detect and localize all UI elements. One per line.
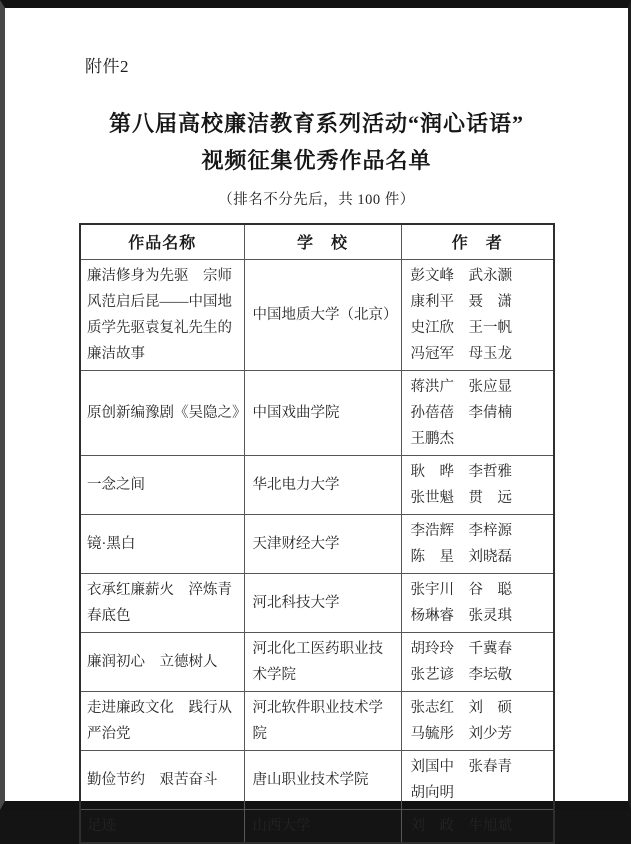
authors-cell-line: 张世魁 贯 远 <box>411 485 552 511</box>
work-name-cell-line: 勤俭节约 艰苦奋斗 <box>87 767 242 793</box>
authors-cell: 蒋洪广 张应显孙蓓蓓 李倩楠王鹏杰 <box>401 370 554 455</box>
work-name-cell-line: 一念之间 <box>87 472 242 498</box>
school-cell: 天津财经大学 <box>244 514 401 573</box>
school-cell: 河北科技大学 <box>244 573 401 632</box>
authors-cell: 张志红 刘 硕马毓彤 刘少芳 <box>401 691 554 750</box>
work-name-cell-line: 春底色 <box>87 603 242 629</box>
school-cell: 华北电力大学 <box>244 455 401 514</box>
work-name-cell-line: 廉洁修身为先驱 宗师 <box>87 263 242 289</box>
school-cell-line: 院 <box>253 721 399 747</box>
authors-cell-line: 马毓彤 刘少芳 <box>411 721 552 747</box>
work-name-cell-line: 走进廉政文化 践行从 <box>87 695 242 721</box>
authors-cell-line: 张志红 刘 硕 <box>411 695 552 721</box>
authors-cell: 耿 晔 李哲雅张世魁 贯 远 <box>401 455 554 514</box>
document-title-line1: 第八届高校廉洁教育系列活动“润心话语” <box>5 105 628 142</box>
table-body: 廉洁修身为先驱 宗师风范启后昆——中国地质学先驱袁复礼先生的廉洁故事中国地质大学… <box>80 259 554 810</box>
table-row: 廉洁修身为先驱 宗师风范启后昆——中国地质学先驱袁复礼先生的廉洁故事中国地质大学… <box>80 259 554 370</box>
authors-cell-line: 李浩辉 李梓源 <box>411 518 552 544</box>
work-name-cell-line: 原创新编豫剧《吴隐之》 <box>87 400 242 426</box>
school-cell: 唐山职业技术学院 <box>244 750 401 809</box>
document-subtitle: （排名不分先后，共 100 件） <box>5 188 628 209</box>
authors-cell-line: 陈 星 刘晓磊 <box>411 544 552 570</box>
authors-cell-line: 刘国中 张春青 <box>411 754 552 780</box>
work-name-cell-line: 廉洁故事 <box>87 341 242 367</box>
school-cell-line: 中国地质大学（北京） <box>253 302 399 328</box>
authors-cell-line: 胡向明 <box>411 780 552 806</box>
authors-cell: 刘国中 张春青胡向明 <box>401 750 554 809</box>
document-page: 附件2 第八届高校廉洁教育系列活动“润心话语” 视频征集优秀作品名单 （排名不分… <box>5 8 628 801</box>
work-name-cell: 走进廉政文化 践行从严治党 <box>80 691 244 750</box>
attachment-label: 附件2 <box>85 52 129 77</box>
authors-cell-line: 胡玲玲 千冀春 <box>411 636 552 662</box>
work-name-cell-line: 风范启后昆——中国地 <box>87 289 242 315</box>
table-row: 一念之间华北电力大学耿 晔 李哲雅张世魁 贯 远 <box>80 455 554 514</box>
authors-cell-line: 史江欣 王一帆 <box>411 315 552 341</box>
authors-cell-line: 张艺谚 李坛敬 <box>411 662 552 688</box>
work-name-cell: 镜·黑白 <box>80 514 244 573</box>
school-cell-line: 河北软件职业技术学 <box>253 695 399 721</box>
authors-cell: 李浩辉 李梓源陈 星 刘晓磊 <box>401 514 554 573</box>
authors-cell: 胡玲玲 千冀春张艺谚 李坛敬 <box>401 632 554 691</box>
work-name-cell-line: 衣承红廉薪火 淬炼青 <box>87 577 242 603</box>
table-header-row: 作品名称 学 校 作 者 <box>80 224 554 259</box>
school-cell: 中国地质大学（北京） <box>244 259 401 370</box>
table-row: 原创新编豫剧《吴隐之》中国戏曲学院蒋洪广 张应显孙蓓蓓 李倩楠王鹏杰 <box>80 370 554 455</box>
work-name-cell-line: 质学先驱袁复礼先生的 <box>87 315 242 341</box>
authors-cell-line: 张宇川 谷 聪 <box>411 577 552 603</box>
table-row: 走进廉政文化 践行从严治党河北软件职业技术学院张志红 刘 硕马毓彤 刘少芳 <box>80 691 554 750</box>
authors-cell-line: 王鹏杰 <box>411 426 552 452</box>
school-cell-line: 中国戏曲学院 <box>253 400 399 426</box>
work-name-cell: 廉洁修身为先驱 宗师风范启后昆——中国地质学先驱袁复礼先生的廉洁故事 <box>80 259 244 370</box>
work-name-cell-line: 廉润初心 立德树人 <box>87 649 242 675</box>
school-cell: 中国戏曲学院 <box>244 370 401 455</box>
work-name-cell: 廉润初心 立德树人 <box>80 632 244 691</box>
authors-cell: 彭文峰 武永灏康利平 聂 潇史江欣 王一帆冯冠军 母玉龙 <box>401 259 554 370</box>
work-name-cell: 衣承红廉薪火 淬炼青春底色 <box>80 573 244 632</box>
authors-cell-line: 康利平 聂 潇 <box>411 289 552 315</box>
table-row: 镜·黑白天津财经大学李浩辉 李梓源陈 星 刘晓磊 <box>80 514 554 573</box>
col-header-author: 作 者 <box>401 224 554 259</box>
authors-cell-line: 耿 晔 李哲雅 <box>411 459 552 485</box>
authors-cell: 张宇川 谷 聪杨琳睿 张灵琪 <box>401 573 554 632</box>
works-table: 作品名称 学 校 作 者 廉洁修身为先驱 宗师风范启后昆——中国地质学先驱袁复礼… <box>79 223 555 810</box>
school-cell: 河北化工医药职业技术学院 <box>244 632 401 691</box>
school-cell-line: 河北科技大学 <box>253 590 399 616</box>
document-title: 第八届高校廉洁教育系列活动“润心话语” 视频征集优秀作品名单 <box>5 105 628 179</box>
school-cell-line: 唐山职业技术学院 <box>253 767 399 793</box>
table-row: 勤俭节约 艰苦奋斗唐山职业技术学院刘国中 张春青胡向明 <box>80 750 554 809</box>
school-cell-line: 华北电力大学 <box>253 472 399 498</box>
school-cell-line: 术学院 <box>253 662 399 688</box>
authors-cell-line: 蒋洪广 张应显 <box>411 374 552 400</box>
document-title-line2: 视频征集优秀作品名单 <box>5 142 628 179</box>
work-name-cell-line: 严治党 <box>87 721 242 747</box>
work-name-cell: 原创新编豫剧《吴隐之》 <box>80 370 244 455</box>
scanned-page-frame: 附件2 第八届高校廉洁教育系列活动“润心话语” 视频征集优秀作品名单 （排名不分… <box>0 0 631 810</box>
col-header-school: 学 校 <box>244 224 401 259</box>
school-cell-line: 河北化工医药职业技 <box>253 636 399 662</box>
school-cell: 河北软件职业技术学院 <box>244 691 401 750</box>
table-row: 廉润初心 立德树人河北化工医药职业技术学院胡玲玲 千冀春张艺谚 李坛敬 <box>80 632 554 691</box>
authors-cell-line: 孙蓓蓓 李倩楠 <box>411 400 552 426</box>
authors-cell-line: 冯冠军 母玉龙 <box>411 341 552 367</box>
school-cell-line: 天津财经大学 <box>253 531 399 557</box>
col-header-work-name: 作品名称 <box>80 224 244 259</box>
authors-cell-line: 杨琳睿 张灵琪 <box>411 603 552 629</box>
authors-cell-line: 彭文峰 武永灏 <box>411 263 552 289</box>
work-name-cell: 勤俭节约 艰苦奋斗 <box>80 750 244 809</box>
work-name-cell-line: 镜·黑白 <box>87 531 242 557</box>
work-name-cell: 一念之间 <box>80 455 244 514</box>
table-row: 衣承红廉薪火 淬炼青春底色河北科技大学张宇川 谷 聪杨琳睿 张灵琪 <box>80 573 554 632</box>
